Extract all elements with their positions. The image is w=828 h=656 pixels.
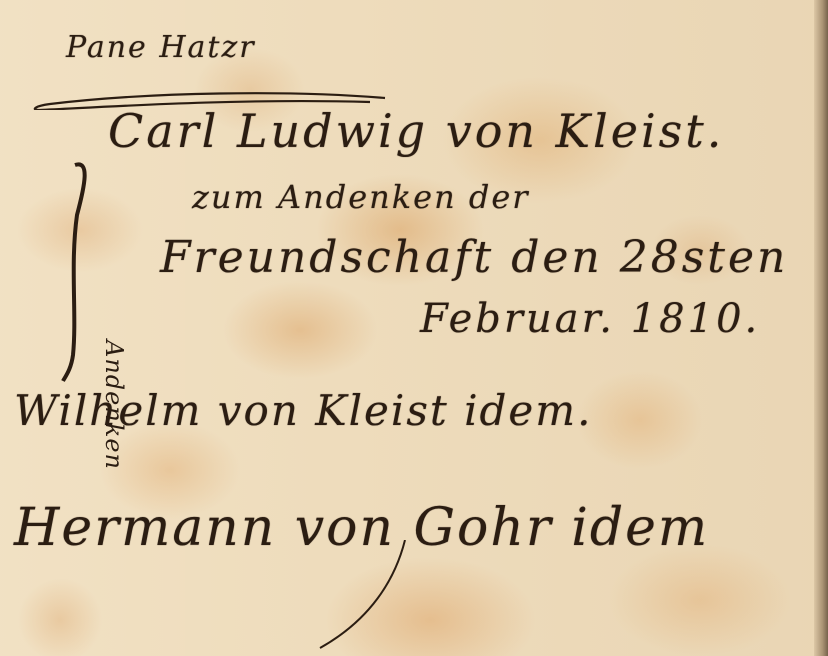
heading-signature: Pane Hatzr [66,30,256,65]
margin-note-text: Andenken [100,340,128,470]
inscription-line-2: zum Andenken der [192,178,530,216]
inscription-line-3: Freundschaft den 28sten [160,232,788,283]
page-binding-edge [814,0,828,656]
margin-note: Andenken [78,170,118,380]
manuscript-page: Pane Hatzr Carl Ludwig von Kleist. zum A… [0,0,828,656]
descender-flourish [300,540,420,650]
inscription-line-4: Februar. 1810. [420,296,760,342]
inscription-line-1: Carl Ludwig von Kleist. [108,104,724,158]
